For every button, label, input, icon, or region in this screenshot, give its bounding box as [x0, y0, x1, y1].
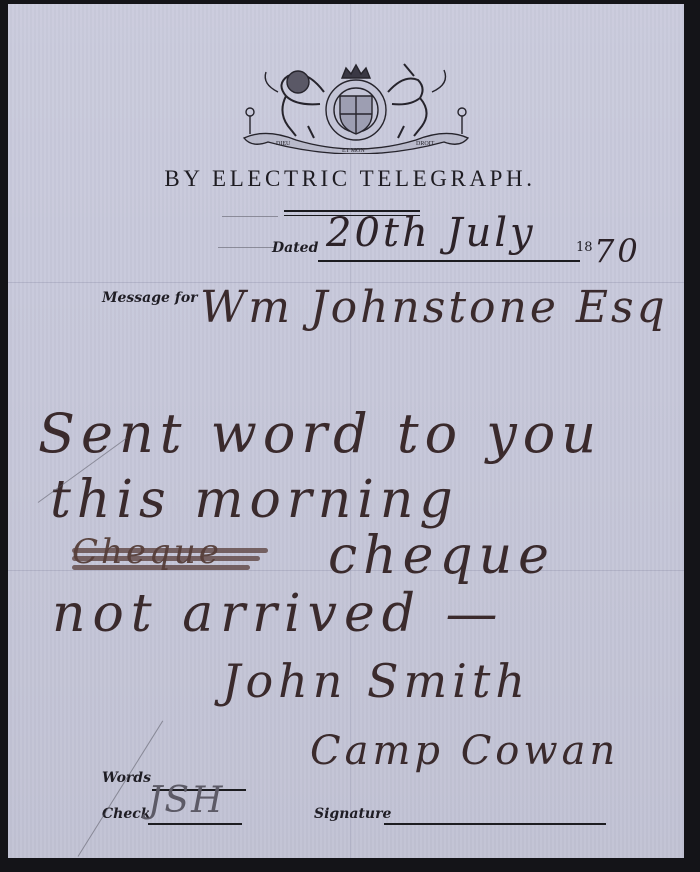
handwritten-sender-name: John Smith: [222, 654, 530, 708]
signature-label: Signature: [314, 806, 391, 822]
message-line: Sent word to you: [38, 402, 602, 465]
year-prefix: 18: [576, 240, 593, 255]
handwritten-check-initials: JSH: [148, 780, 225, 821]
pencil-arrow: [222, 216, 278, 217]
dated-label: Dated: [272, 240, 318, 256]
message-line: cheque: [328, 526, 555, 586]
check-label: Check: [102, 806, 150, 822]
handwritten-date: 20th July: [326, 210, 536, 256]
message-line: not arrived —: [52, 584, 505, 644]
check-line: [148, 823, 242, 825]
telegram-form: DIEU ET MON DROIT BY ELECTRIC TELEGRAPH.…: [8, 4, 684, 858]
royal-coat-of-arms-icon: DIEU ET MON DROIT: [236, 62, 476, 154]
date-line: [318, 260, 580, 262]
handwritten-recipient: Wm Johnstone Esq: [200, 282, 668, 333]
message-line: this morning: [50, 470, 459, 530]
form-heading: BY ELECTRIC TELEGRAPH.: [8, 166, 692, 192]
handwritten-sender-place: Camp Cowan: [310, 728, 619, 774]
svg-text:DIEU: DIEU: [276, 141, 291, 147]
struck-out-word: Cheque: [72, 540, 272, 574]
svg-text:DROIT: DROIT: [416, 141, 435, 147]
signature-line: [384, 823, 606, 825]
handwritten-year: 70: [594, 232, 641, 270]
message-for-label: Message for: [102, 290, 198, 306]
svg-text:ET MON: ET MON: [342, 148, 365, 154]
pencil-arrow: [218, 247, 274, 248]
